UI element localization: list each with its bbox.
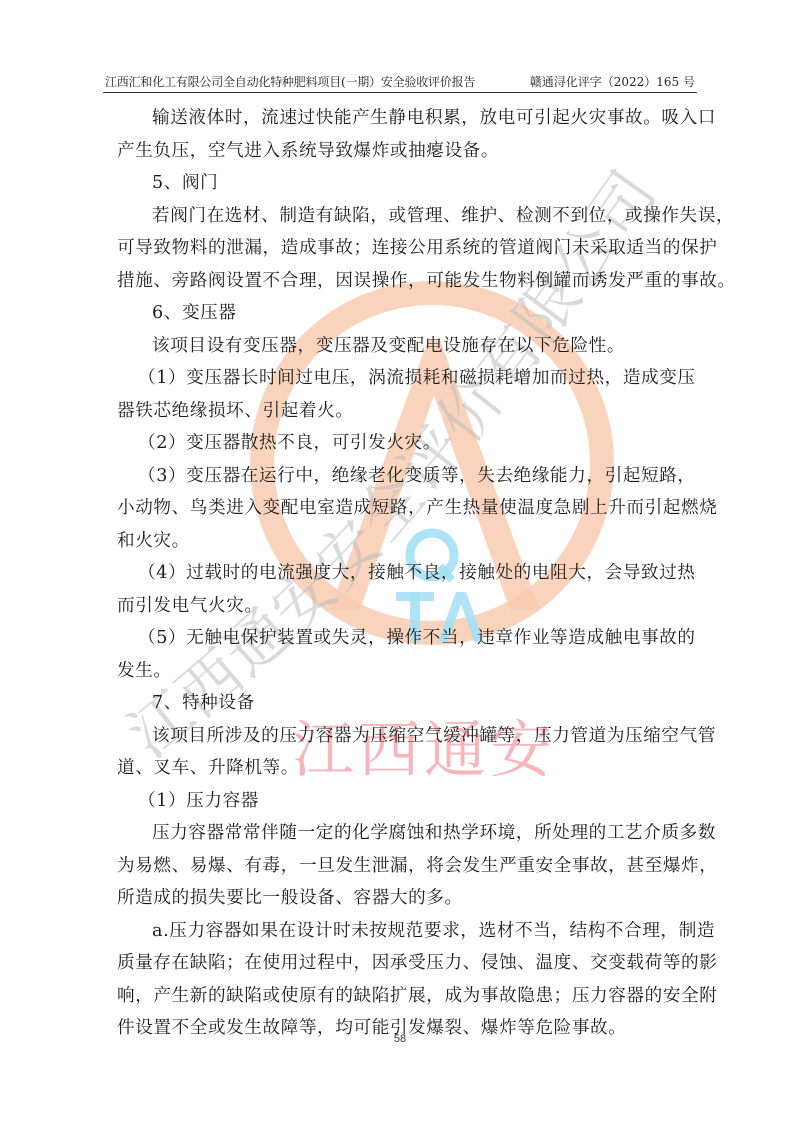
text-line: 压力容器常常伴随一定的化学腐蚀和热学环境，所处理的工艺介质多数 — [117, 817, 697, 850]
text-line: 为易燃、易爆、有毒，一旦发生泄漏，将会发生严重安全事故，甚至爆炸， — [117, 850, 697, 883]
text-line: （1）压力容器 — [117, 785, 697, 818]
text-line: 质量存在缺陷；在使用过程中，因承受压力、侵蚀、温度、交变载荷等的影 — [117, 947, 697, 980]
text-line: （1）变压器长时间过电压，涡流损耗和磁损耗增加而过热，造成变压 — [117, 362, 697, 395]
document-body: 输送液体时，流速过快能产生静电积累，放电可引起火灾事故。吸入口产生负压，空气进入… — [117, 102, 697, 1045]
text-line: 所造成的损失要比一般设备、容器大的多。 — [117, 882, 697, 915]
text-line: 和火灾。 — [117, 525, 697, 558]
text-line: 小动物、鸟类进入变配电室造成短路，产生热量使温度急剧上升而引起燃烧 — [117, 492, 697, 525]
text-line: 7、特种设备 — [117, 687, 697, 720]
text-line: 该项目所涉及的压力容器为压缩空气缓冲罐等，压力管道为压缩空气管 — [117, 720, 697, 753]
text-line: 响，产生新的缺陷或使原有的缺陷扩展，成为事故隐患；压力容器的安全附 — [117, 980, 697, 1013]
text-line: 发生。 — [117, 655, 697, 688]
text-line: 6、变压器 — [117, 297, 697, 330]
text-line: 产生负压，空气进入系统导致爆炸或抽瘪设备。 — [117, 135, 697, 168]
text-line: （3）变压器在运行中，绝缘老化变质等，失去绝缘能力，引起短路， — [117, 460, 697, 493]
text-line: （2）变压器散热不良，可引发火灾。 — [117, 427, 697, 460]
text-line: 道、叉车、升降机等。 — [117, 752, 697, 785]
document-page: 江西汇和化工有限公司全自动化特种肥料项目(一期）安全验收评价报告 赣通浔化评字（… — [0, 0, 800, 1130]
text-line: 可导致物料的泄漏，造成事故；连接公用系统的管道阀门未采取适当的保护 — [117, 232, 697, 265]
text-line: 输送液体时，流速过快能产生静电积累，放电可引起火灾事故。吸入口 — [117, 102, 697, 135]
text-line: 该项目设有变压器，变压器及变配电设施存在以下危险性。 — [117, 330, 697, 363]
text-line: 而引发电气火灾。 — [117, 590, 697, 623]
text-line: 若阀门在选材、制造有缺陷，或管理、维护、检测不到位，或操作失误， — [117, 200, 697, 233]
text-line: a.压力容器如果在设计时未按规范要求，选材不当，结构不合理，制造 — [117, 915, 697, 948]
text-line: （4）过载时的电流强度大，接触不良，接触处的电阻大，会导致过热 — [117, 557, 697, 590]
text-line: （5）无触电保护装置或失灵，操作不当，违章作业等造成触电事故的 — [117, 622, 697, 655]
page-header: 江西汇和化工有限公司全自动化特种肥料项目(一期）安全验收评价报告 赣通浔化评字（… — [103, 72, 697, 93]
text-line: 5、阀门 — [117, 167, 697, 200]
text-line: 措施、旁路阀设置不合理，因误操作，可能发生物料倒罐而诱发严重的事故。 — [117, 265, 697, 298]
text-line: 器铁芯绝缘损坏、引起着火。 — [117, 395, 697, 428]
text-line: 件设置不全或发生故障等，均可能引发爆裂、爆炸等危险事故。 — [117, 1012, 697, 1045]
header-report-title: 江西汇和化工有限公司全自动化特种肥料项目(一期）安全验收评价报告 — [105, 73, 475, 91]
header-document-number: 赣通浔化评字（2022）165 号 — [530, 73, 695, 91]
